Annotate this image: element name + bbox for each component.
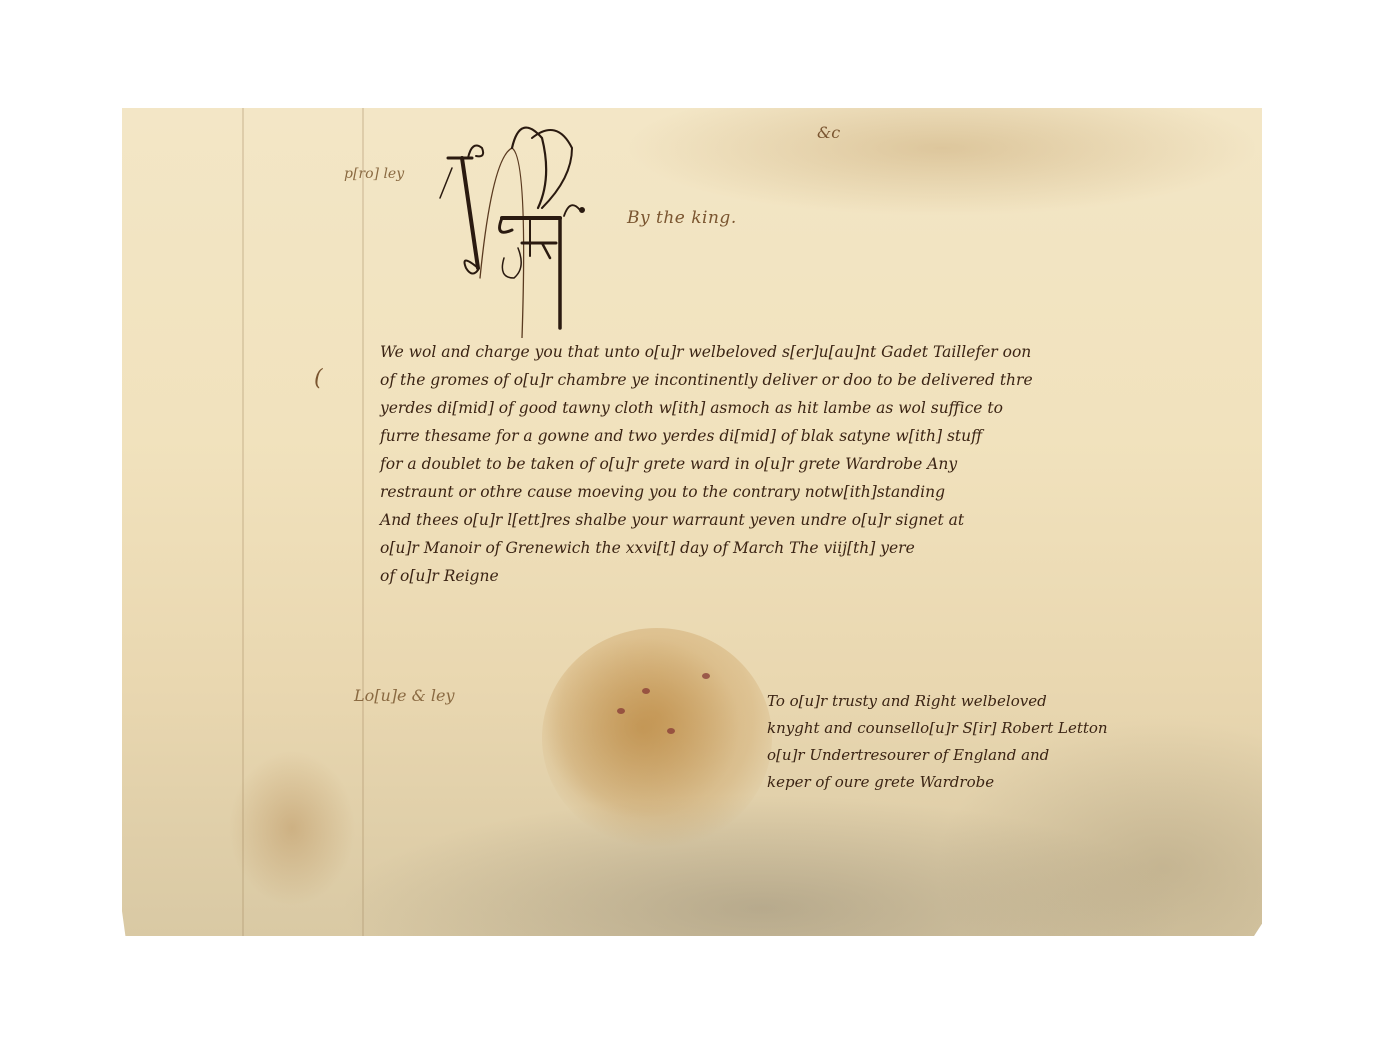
body-line: restraunt or othre cause moeving you to …	[380, 478, 1260, 506]
margin-note: (	[314, 366, 323, 391]
fold-line	[242, 108, 244, 936]
body-line: furre thesame for a gowne and two yerdes…	[380, 422, 1260, 450]
body-line: of o[u]r Reigne	[380, 562, 1260, 590]
address-block: To o[u]r trusty and Right welbeloved kny…	[767, 688, 1227, 796]
body-line: yerdes di[mid] of good tawny cloth w[ith…	[380, 394, 1260, 422]
corner-mark: &c	[817, 123, 840, 142]
body-line: of the gromes of o[u]r chambre ye incont…	[380, 366, 1260, 394]
royal-sign-manual	[432, 118, 592, 338]
fold-line	[362, 108, 364, 936]
address-line: To o[u]r trusty and Right welbeloved	[767, 688, 1227, 715]
body-line: for a doublet to be taken of o[u]r grete…	[380, 450, 1260, 478]
document-heading: By the king.	[627, 208, 737, 228]
letter-body: We wol and charge you that unto o[u]r we…	[380, 338, 1260, 590]
body-line: We wol and charge you that unto o[u]r we…	[380, 338, 1260, 366]
wax-seal-remains	[542, 628, 772, 848]
body-line: o[u]r Manoir of Grenewich the xxvi[t] da…	[380, 534, 1260, 562]
address-line: knyght and counsello[u]r S[ir] Robert Le…	[767, 715, 1227, 742]
body-line: And thees o[u]r l[ett]res shalbe your wa…	[380, 506, 1260, 534]
parchment-document: &c By the king. p[ro] ley ( We wol and c…	[122, 108, 1262, 936]
address-line: keper of oure grete Wardrobe	[767, 769, 1227, 796]
margin-note: p[ro] ley	[344, 166, 404, 182]
address-line: o[u]r Undertresourer of England and	[767, 742, 1227, 769]
clerk-signature: Lo[u]e & ley	[354, 686, 455, 705]
